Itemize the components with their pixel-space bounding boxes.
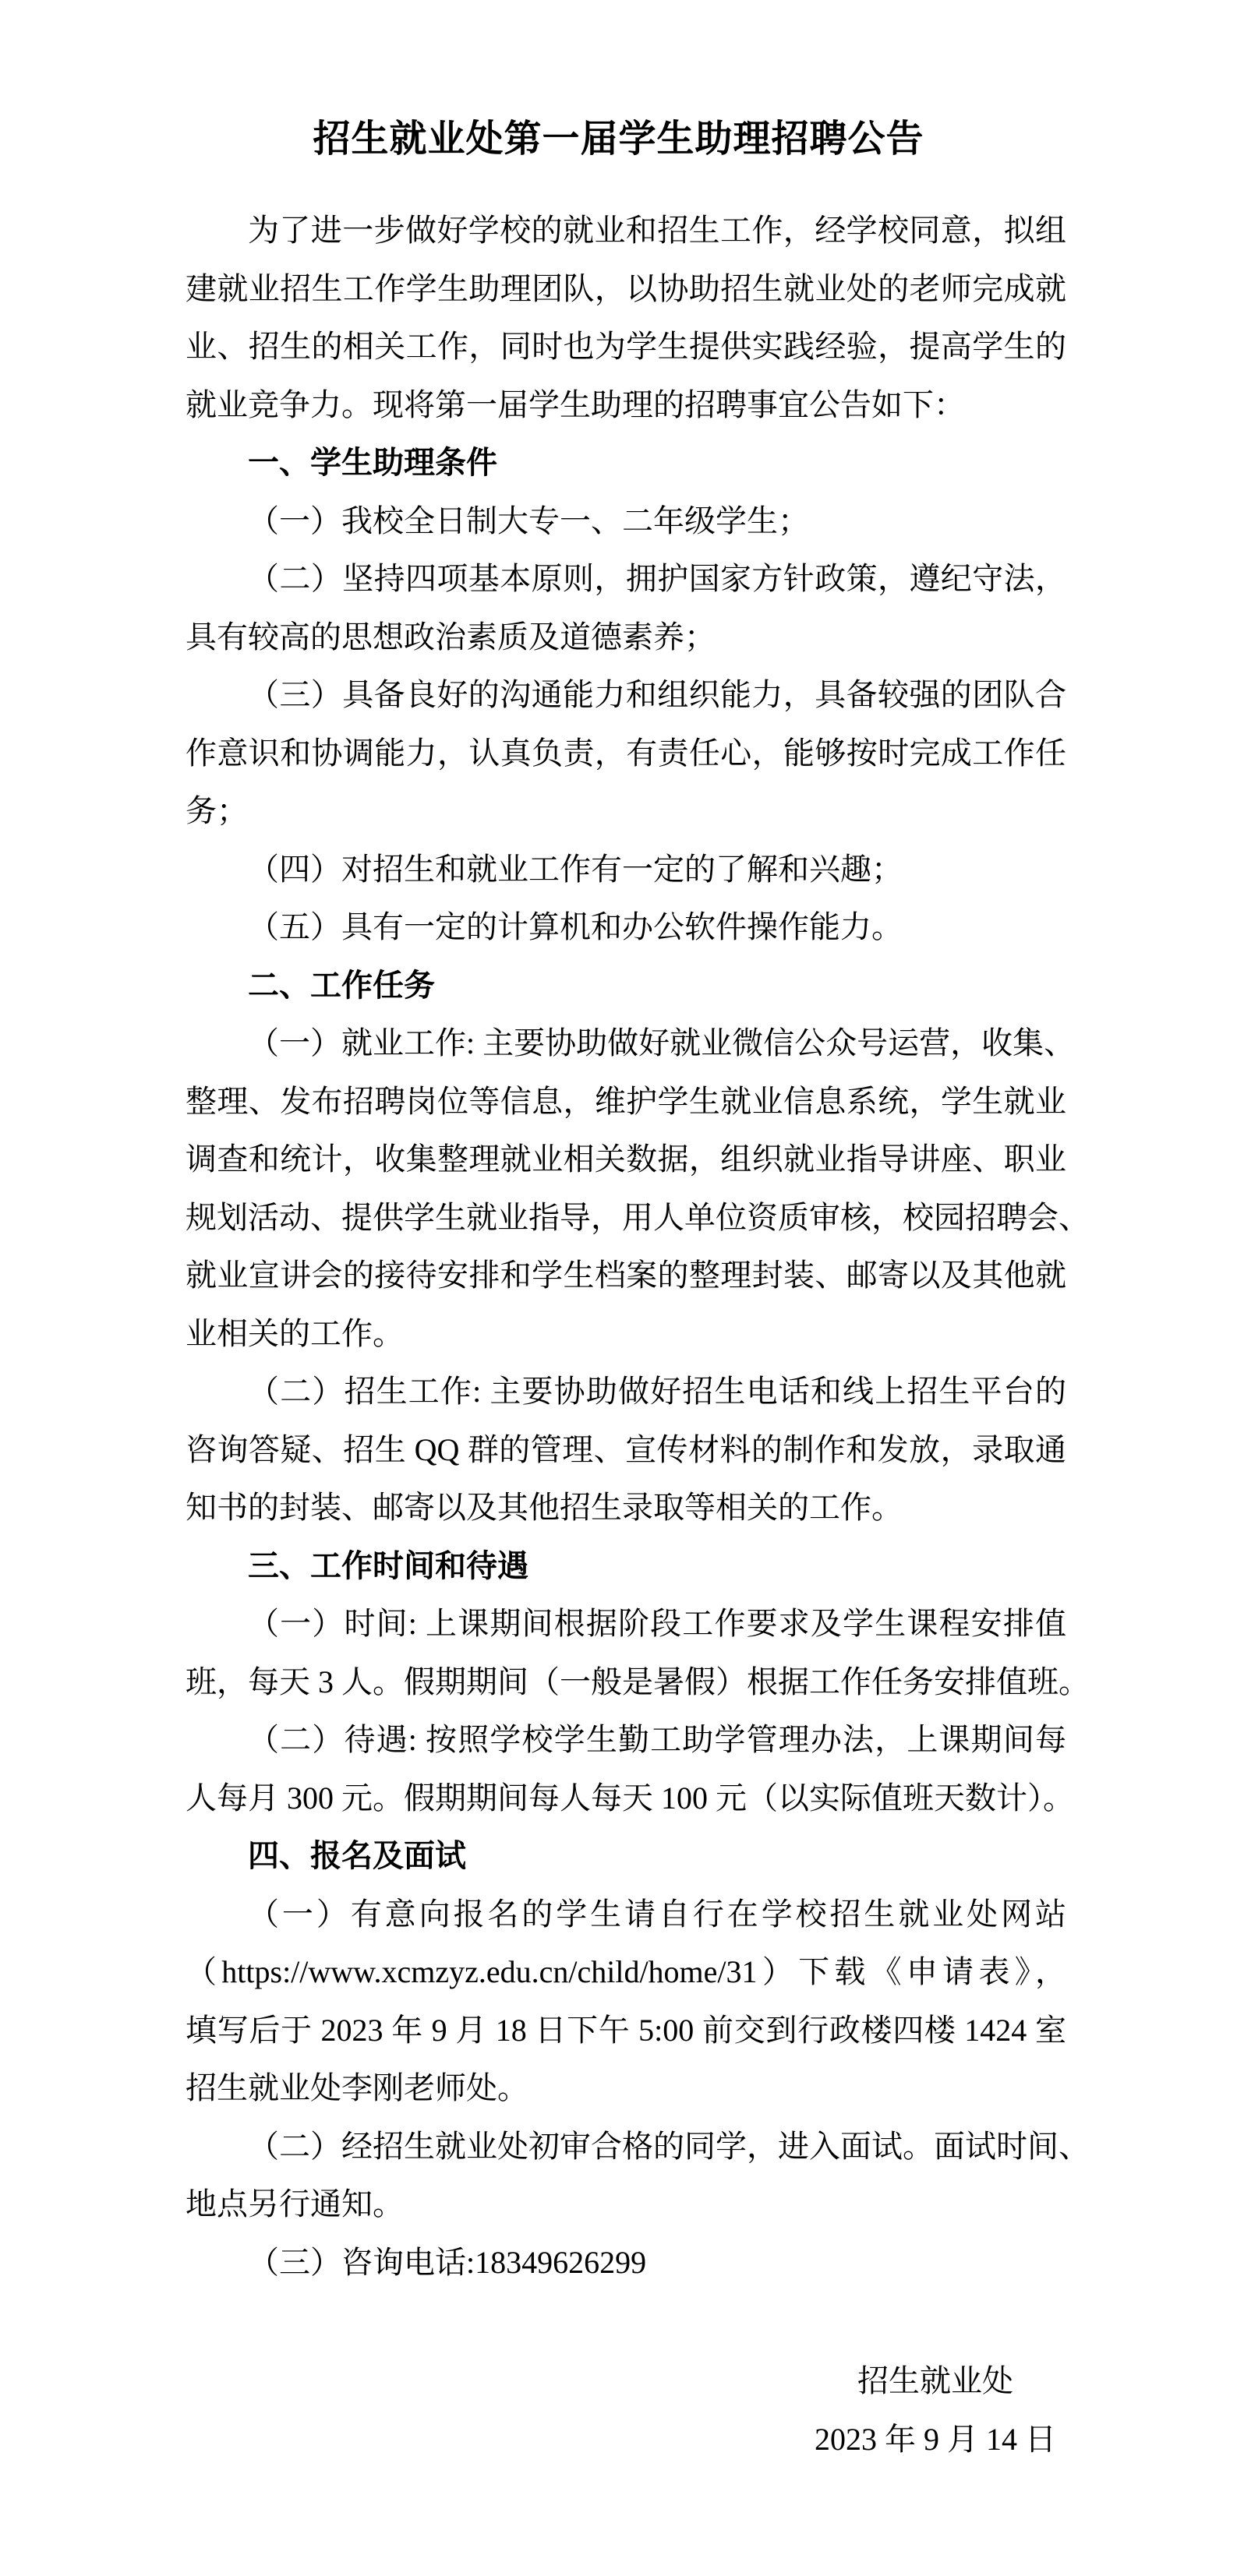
paragraph-line: 整理、发布招聘岗位等信息，维护学生就业信息系统，学生就业 [186,1073,1066,1131]
paragraph-line: 班，每天 3 人。假期期间（一般是暑假）根据工作任务安排值班。 [186,1653,1066,1712]
paragraph-line: 知书的封装、邮寄以及其他招生录取等相关的工作。 [186,1479,1066,1537]
document-page: 招生就业处第一届学生助理招聘公告 为了进一步做好学校的就业和招生工作，经学校同意… [0,0,1237,2576]
paragraph-line: （三）具备良好的沟通能力和组织能力，具备较强的团队合 [186,666,1066,725]
paragraph-line: （一）时间: 上课期间根据阶段工作要求及学生课程安排值 [186,1595,1066,1653]
paragraph-line: 规划活动、提供学生就业指导，用人单位资质审核，校园招聘会、 [186,1189,1066,1247]
paragraph-line: （二）坚持四项基本原则，拥护国家方针政策，遵纪守法， [186,550,1066,609]
section-heading: 一、学生助理条件 [186,434,1066,492]
paragraph-line: （二）经招生就业处初审合格的同学，进入面试。面试时间、 [186,2118,1066,2176]
document-body: 为了进一步做好学校的就业和招生工作，经学校同意，拟组建就业招生工作学生助理团队，… [186,202,1066,2292]
paragraph-line: （一）我校全日制大专一、二年级学生； [186,492,1066,551]
paragraph-line: 人每月 300 元。假期期间每人每天 100 元（以实际值班天数计）。 [186,1770,1066,1828]
paragraph-line: 业相关的工作。 [186,1305,1066,1364]
paragraph-line: （五）具有一定的计算机和办公软件操作能力。 [186,898,1066,957]
paragraph-line: 填写后于 2023 年 9 月 18 日下午 5:00 前交到行政楼四楼 142… [186,2002,1066,2060]
section-heading: 四、报名及面试 [186,1827,1066,1886]
section-heading: 三、工作时间和待遇 [186,1537,1066,1596]
paragraph-line: 地点另行通知。 [186,2175,1066,2234]
paragraph-line: （https://www.xcmzyz.edu.cn/child/home/31… [186,1943,1066,2002]
paragraph-line: （二）招生工作: 主要协助做好招生电话和线上招生平台的 [186,1363,1066,1421]
paragraph-line: 具有较高的思想政治素质及道德素养； [186,609,1066,667]
paragraph-line: 业、招生的相关工作，同时也为学生提供实践经验，提高学生的 [186,318,1066,376]
signature-org: 招生就业处 [807,2352,1064,2411]
paragraph-line: （一）就业工作: 主要协助做好就业微信公众号运营，收集、 [186,1015,1066,1073]
paragraph-line: 招生就业处李刚老师处。 [186,2059,1066,2118]
paragraph-line: （一）有意向报名的学生请自行在学校招生就业处网站 [186,1886,1066,1944]
paragraph-line: 建就业招生工作学生助理团队，以协助招生就业处的老师完成就 [186,260,1066,319]
signature-block: 招生就业处 2023 年 9 月 14 日 [807,2352,1064,2468]
document-title: 招生就业处第一届学生助理招聘公告 [0,0,1237,161]
paragraph-line: 就业宣讲会的接待安排和学生档案的整理封装、邮寄以及其他就 [186,1247,1066,1305]
paragraph-line: 为了进一步做好学校的就业和招生工作，经学校同意，拟组 [186,202,1066,260]
paragraph-line: 务； [186,782,1066,841]
paragraph-line: 就业竞争力。现将第一届学生助理的招聘事宜公告如下： [186,376,1066,435]
paragraph-line: （三）咨询电话:18349626299 [186,2234,1066,2292]
paragraph-line: （四）对招生和就业工作有一定的了解和兴趣； [186,841,1066,899]
paragraph-line: 调查和统计，收集整理就业相关数据，组织就业指导讲座、职业 [186,1131,1066,1189]
paragraph-line: 咨询答疑、招生 QQ 群的管理、宣传材料的制作和发放，录取通 [186,1421,1066,1480]
paragraph-line: （二）待遇: 按照学校学生勤工助学管理办法，上课期间每 [186,1711,1066,1770]
section-heading: 二、工作任务 [186,957,1066,1015]
paragraph-line: 作意识和协调能力，认真负责，有责任心，能够按时完成工作任 [186,725,1066,783]
signature-date: 2023 年 9 月 14 日 [807,2411,1064,2469]
